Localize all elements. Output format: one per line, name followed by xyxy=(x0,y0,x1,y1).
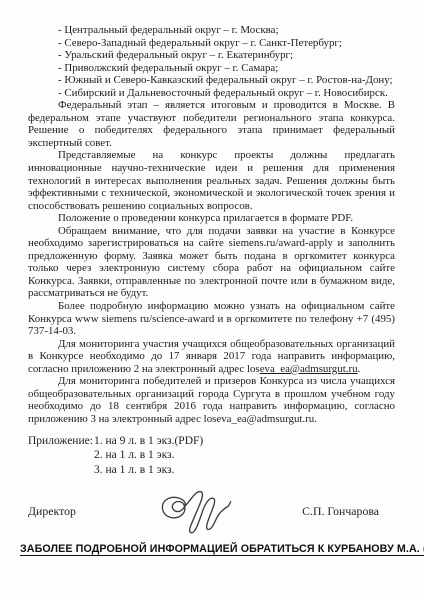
signer-title: Директор xyxy=(28,504,76,519)
signature-handwriting-icon xyxy=(156,483,238,535)
paragraph-monitoring-winners: Для мониторинга победителей и призеров К… xyxy=(28,375,395,425)
district-list-item: - Приволжский федеральный округ – г. Сам… xyxy=(28,62,395,75)
attachments-label: Приложение: xyxy=(28,434,94,478)
district-list-item: - Северо-Западный федеральный округ – г.… xyxy=(28,37,395,50)
scanned-letter-page: - Центральный федеральный округ – г. Мос… xyxy=(0,0,424,600)
paragraph-regulation-pdf: Положение о проведении конкурса прилагае… xyxy=(28,212,395,225)
email-link: eva_ea@admsurgut.ru xyxy=(260,363,358,375)
signer-name: С.П. Гончарова xyxy=(302,504,379,519)
paragraph-federal-stage: Федеральный этап – является итоговым и п… xyxy=(28,99,395,149)
district-list-item: - Южный и Северо-Кавказский федеральный … xyxy=(28,74,395,87)
paragraph-more-info: Более подробную информацию можно узнать … xyxy=(28,300,395,338)
paragraph-text: . xyxy=(358,363,361,375)
attachments-block: Приложение: 1. на 9 л. в 1 экз.(PDF) 2. … xyxy=(28,434,395,478)
footer-note: ЗАБОЛЕЕ ПОДРОБНОЙ ИНФОРМАЦИЕЙ ОБРАТИТЬСЯ… xyxy=(20,543,395,555)
attachment-item: 3. на 1 л. в 1 экз. xyxy=(94,463,203,478)
district-list-item: - Центральный федеральный округ – г. Мос… xyxy=(28,24,395,37)
paragraph-projects-requirements: Представляемые на конкурс проекты должны… xyxy=(28,149,395,212)
attachments-list: 1. на 9 л. в 1 экз.(PDF) 2. на 1 л. в 1 … xyxy=(94,434,203,478)
attachment-item: 1. на 9 л. в 1 экз.(PDF) xyxy=(94,434,203,449)
attachment-item: 2. на 1 л. в 1 экз. xyxy=(94,448,203,463)
district-list-item: - Сибирский и Дальневосточный федеральны… xyxy=(28,87,395,100)
letter-body: - Центральный федеральный округ – г. Мос… xyxy=(0,0,424,555)
district-list-item: - Уральский федеральный округ – г. Екате… xyxy=(28,49,395,62)
signature-block: Директор С.П. Гончарова xyxy=(28,489,395,533)
federal-districts-list: - Центральный федеральный округ – г. Мос… xyxy=(28,24,395,99)
paragraph-monitoring-participation: Для мониторинга участия учащихся общеобр… xyxy=(28,338,395,376)
paragraph-application-procedure: Обращаем внимание, что для подачи заявки… xyxy=(28,225,395,300)
